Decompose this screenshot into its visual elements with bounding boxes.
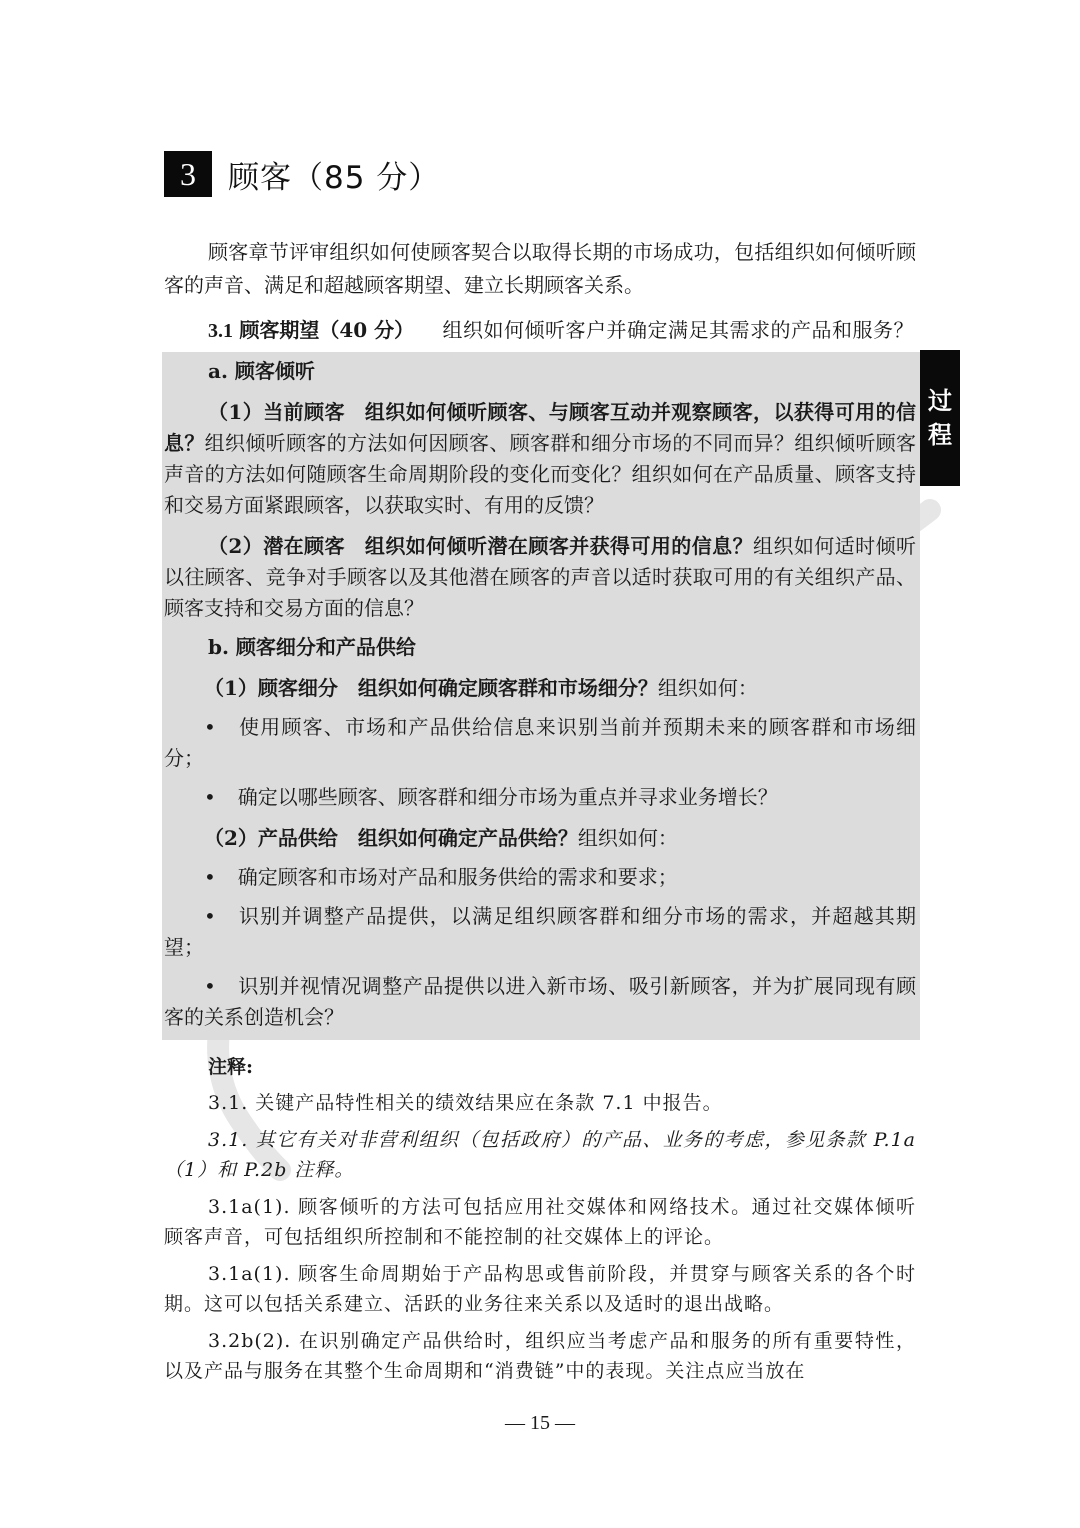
bullet-dot-icon: • xyxy=(204,974,216,998)
item-a1-label: （1）当前顾客 xyxy=(208,400,345,424)
chapter-header: 3 顾客（85 分） xyxy=(164,150,440,198)
bullet-dot-icon: • xyxy=(204,904,216,928)
bullet-item: •使用顾客、市场和产品供给信息来识别当前并预期未来的顾客群和市场细分； xyxy=(164,712,916,774)
bullet-text: 确定顾客和市场对产品和服务供给的需求和要求； xyxy=(238,865,678,889)
page-number: — 15 — xyxy=(0,1412,1080,1435)
note-item: 3.1a(1). 顾客倾听的方法可包括应用社交媒体和网络技术。通过社交媒体倾听顾… xyxy=(164,1192,916,1252)
subheading-b: b. 顾客细分和产品供给 xyxy=(164,632,916,663)
bullet-item: •确定顾客和市场对产品和服务供给的需求和要求； xyxy=(164,862,916,893)
bullet-item: •识别并视情况调整产品提供以进入新市场、吸引新顾客，并为扩展同现有顾客的关系创造… xyxy=(164,971,916,1033)
item-b2-label: （2）产品供给 xyxy=(204,826,338,850)
subheading-a: a. 顾客倾听 xyxy=(164,356,916,387)
section-question: 组织如何倾听客户并确定满足其需求的产品和服务？ xyxy=(443,318,915,342)
item-b1: （1）顾客细分组织如何确定顾客群和市场细分？组织如何： xyxy=(164,673,916,704)
item-a2-label: （2）潜在顾客 xyxy=(208,534,345,558)
side-tab-process: 过 程 xyxy=(920,350,960,486)
bullet-dot-icon: • xyxy=(204,715,216,739)
item-b2-text: 组织如何： xyxy=(578,826,678,850)
requirements-content: a. 顾客倾听 （1）当前顾客组织如何倾听顾客、与顾客互动并观察顾客，以获得可用… xyxy=(164,352,916,1033)
item-b2: （2）产品供给组织如何确定产品供给？组织如何： xyxy=(164,823,916,854)
bullet-dot-icon: • xyxy=(204,785,216,809)
item-b1-question: 组织如何确定顾客群和市场细分？ xyxy=(358,676,658,700)
chapter-intro: 顾客章节评审组织如何使顾客契合以取得长期的市场成功，包括组织如何倾听顾客的声音、… xyxy=(164,236,916,302)
item-a2: （2）潜在顾客组织如何倾听潜在顾客并获得可用的信息？组织如何适时倾听以往顾客、竞… xyxy=(164,531,916,624)
section-title: 顾客期望（40 分） xyxy=(239,318,414,342)
bullet-text: 识别并视情况调整产品提供以进入新市场、吸引新顾客，并为扩展同现有顾客的关系创造机… xyxy=(164,974,916,1029)
item-a2-question: 组织如何倾听潜在顾客并获得可用的信息？ xyxy=(365,534,753,558)
bullet-text: 确定以哪些顾客、顾客群和细分市场为重点并寻求业务增长？ xyxy=(238,785,778,809)
item-b2-question: 组织如何确定产品供给？ xyxy=(358,826,578,850)
side-tab-char-1: 过 xyxy=(928,384,952,418)
item-a1: （1）当前顾客组织如何倾听顾客、与顾客互动并观察顾客，以获得可用的信息？组织倾听… xyxy=(164,397,916,521)
bullet-text: 使用顾客、市场和产品供给信息来识别当前并预期未来的顾客群和市场细分； xyxy=(164,715,916,770)
note-item: 3.1a(1). 顾客生命周期始于产品构思或售前阶段，并贯穿与顾客关系的各个时期… xyxy=(164,1259,916,1319)
section-heading-3-1: 3.1 顾客期望（40 分） 组织如何倾听客户并确定满足其需求的产品和服务？ xyxy=(164,314,916,348)
chapter-title: 顾客（85 分） xyxy=(228,152,440,197)
bullet-dot-icon: • xyxy=(204,865,216,889)
side-tab-char-2: 程 xyxy=(928,418,952,452)
bullet-text: 识别并调整产品提供，以满足组织顾客群和细分市场的需求，并超越其期望； xyxy=(164,904,916,959)
chapter-number-badge: 3 xyxy=(164,151,212,197)
note-item: 3.1. 其它有关对非营利组织（包括政府）的产品、业务的考虑，参见条款 P.1a… xyxy=(164,1125,916,1185)
notes-section: 注释: 3.1. 关键产品特性相关的绩效结果应在条款 7.1 中报告。 3.1.… xyxy=(164,1052,916,1393)
item-a1-text: 组织倾听顾客的方法如何因顾客、顾客群和细分市场的不同而异？组织倾听顾客声音的方法… xyxy=(164,431,916,517)
bullet-item: •确定以哪些顾客、顾客群和细分市场为重点并寻求业务增长？ xyxy=(164,782,916,813)
item-b1-text: 组织如何： xyxy=(658,676,758,700)
item-b1-label: （1）顾客细分 xyxy=(204,676,338,700)
section-number: 3.1 xyxy=(208,320,233,342)
note-item: 3.1. 关键产品特性相关的绩效结果应在条款 7.1 中报告。 xyxy=(164,1088,916,1118)
note-item: 3.2b(2). 在识别确定产品供给时，组织应当考虑产品和服务的所有重要特性，以… xyxy=(164,1326,916,1386)
notes-heading: 注释: xyxy=(164,1052,916,1082)
bullet-item: •识别并调整产品提供，以满足组织顾客群和细分市场的需求，并超越其期望； xyxy=(164,901,916,963)
